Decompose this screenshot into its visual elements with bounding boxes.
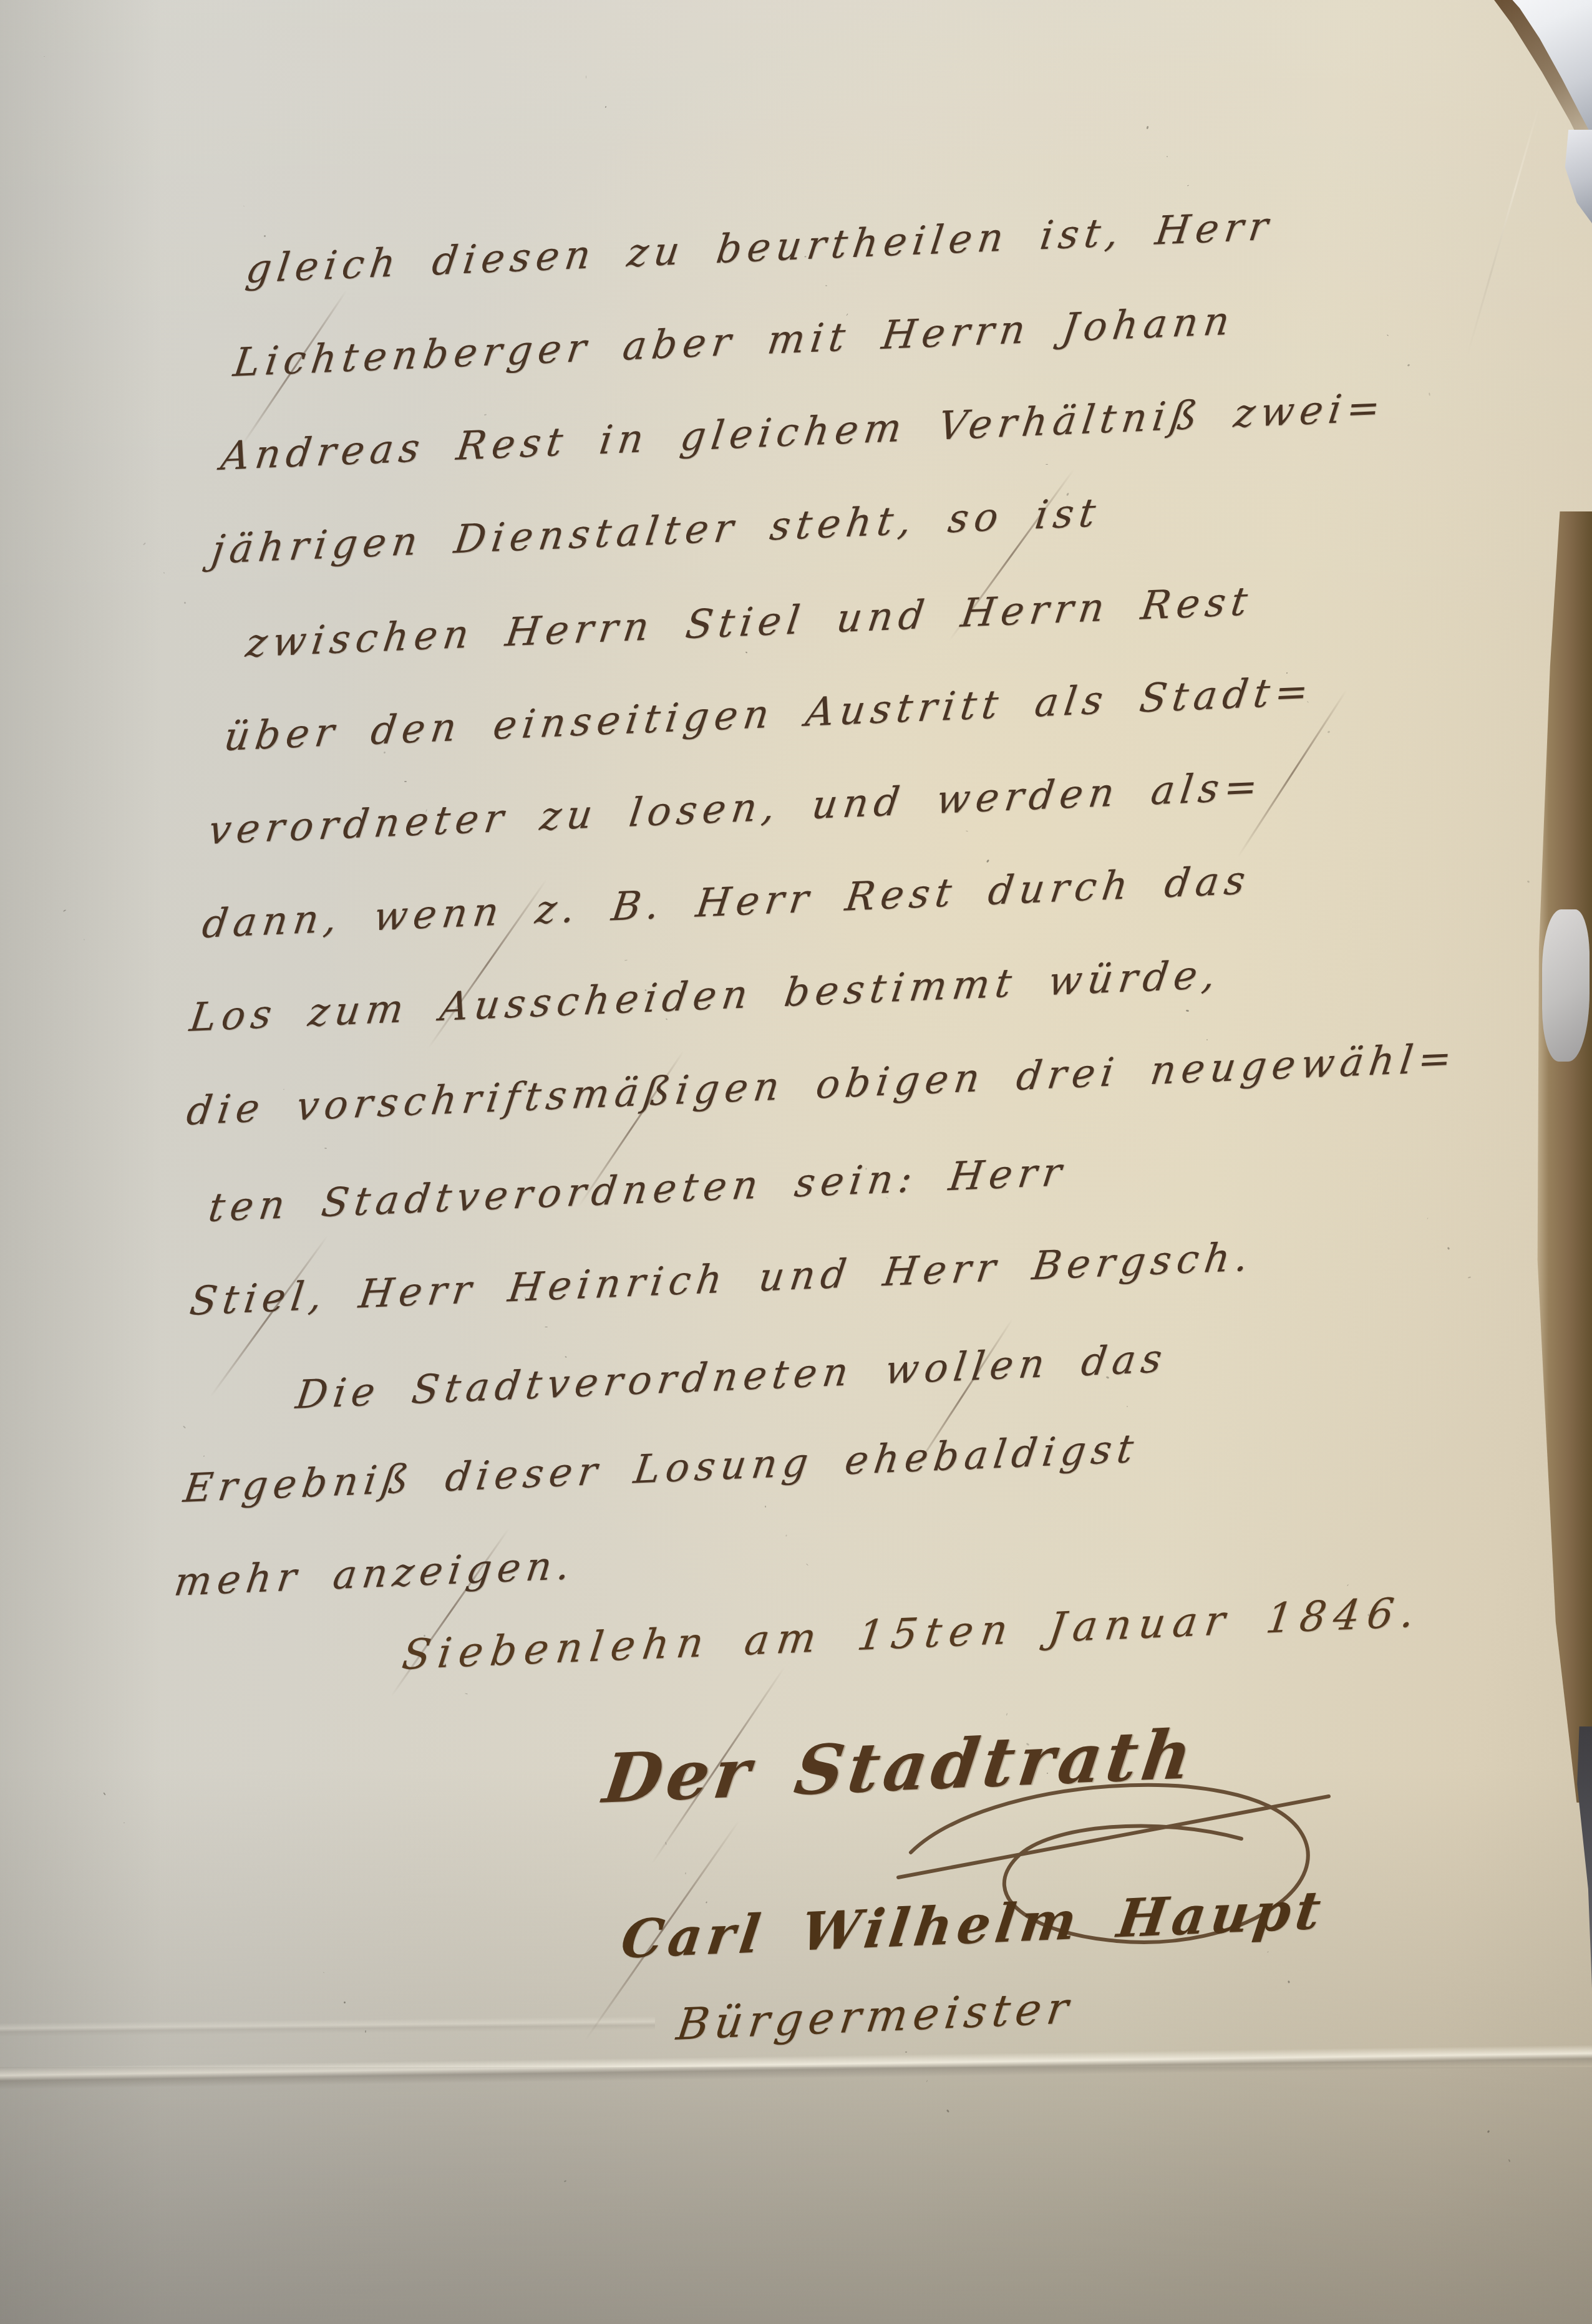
left-shadow <box>0 0 162 2324</box>
fold-flap-shading <box>0 2067 1592 2324</box>
photograph-of-manuscript: gleich diesen zu beurtheilen ist, Herr L… <box>0 0 1592 2324</box>
fabric-patch <box>1542 909 1590 1062</box>
